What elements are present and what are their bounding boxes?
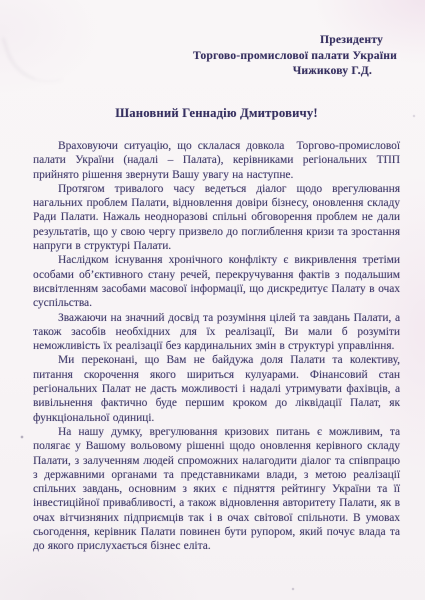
paragraph-1: Враховуючи ситуацію, що склалася довкола… [33, 139, 400, 182]
recipient-name: Чижикову Г.Д. [0, 63, 425, 79]
recipient-title: Президенту [0, 32, 425, 48]
recipient-block: Президенту Торгово-промислової палати Ук… [0, 32, 425, 79]
paragraph-2: Протягом тривалого часу ведеться діалог … [33, 182, 400, 253]
letter-body: Враховуючи ситуацію, що склалася довкола… [33, 139, 400, 554]
salutation: Шановний Геннадію Дмитровичу! [33, 106, 400, 121]
scanned-letter-page: Президенту Торгово-промислової палати Ук… [0, 0, 425, 600]
paragraph-6: На нашу думку, врегулювання кризових пит… [33, 425, 400, 554]
paragraph-3: Наслідком існування хронічного конфлікту… [33, 253, 400, 310]
paragraph-5: Ми переконані, що Вам не байдужа доля Па… [33, 353, 400, 424]
recipient-organization: Торгово-промислової палати України [0, 48, 425, 64]
paragraph-4: Зважаючи на значний досвід та розуміння … [33, 311, 400, 354]
